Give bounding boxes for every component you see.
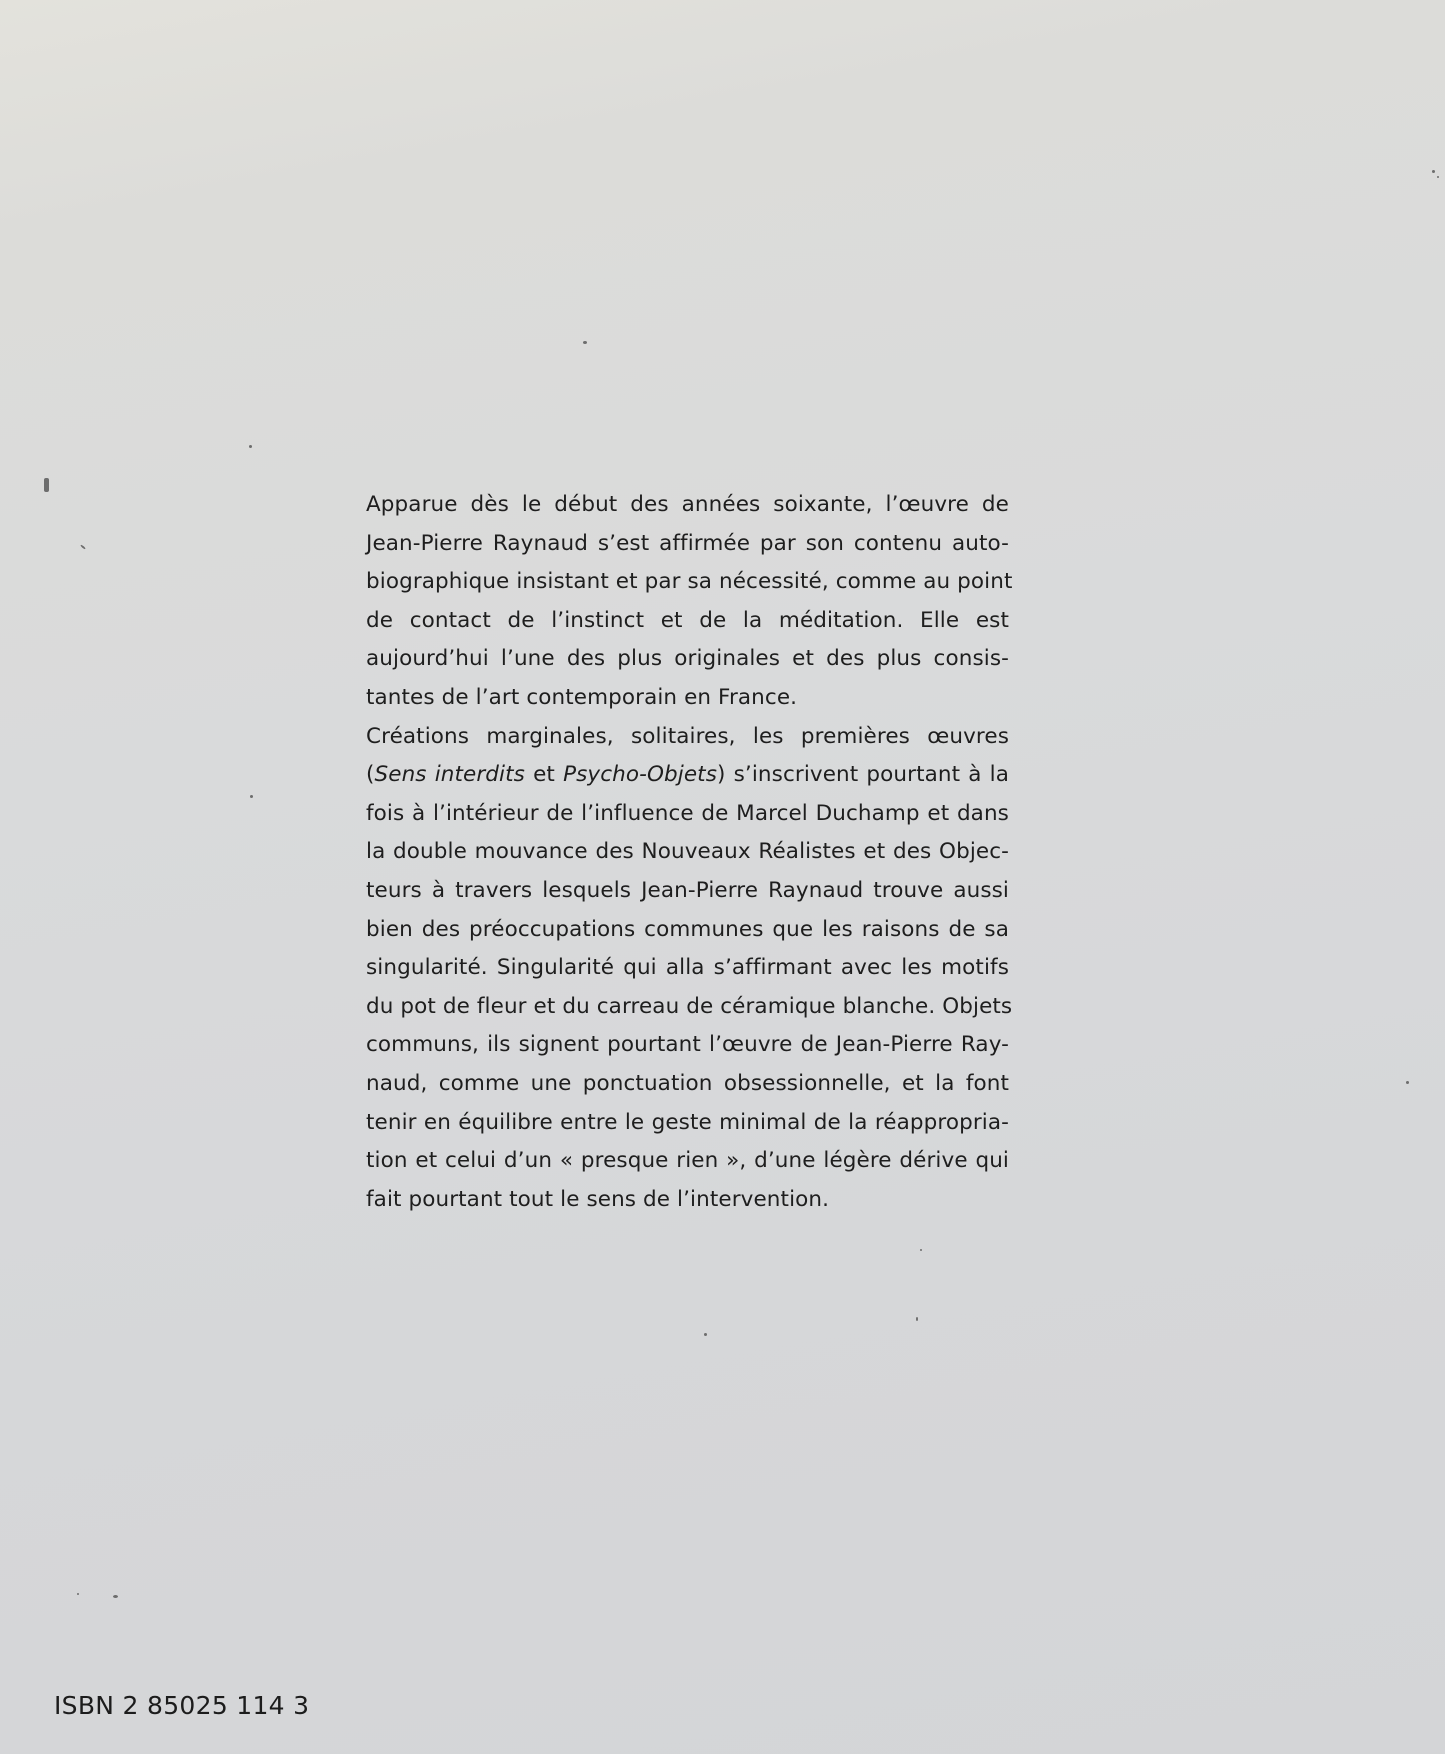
paper-speck: [583, 341, 587, 344]
paper-speck: [77, 1593, 79, 1595]
text-line-with-titles: (Sens interdits et Psycho-Objets) s’insc…: [366, 756, 1009, 795]
paper-speck: [80, 544, 86, 549]
isbn-number: ISBN 2 85025 114 3: [54, 1691, 309, 1720]
blurb-paragraph-2: Créations marginales, solitaires, les pr…: [366, 718, 1009, 1220]
text-line: singularité. Singularité qui alla s’affi…: [366, 949, 1009, 988]
text-line: Jean-Pierre Raynaud s’est affirmée par s…: [366, 525, 1009, 564]
blurb-paragraph-1: Apparue dès le début des années soixante…: [366, 486, 1009, 718]
artwork-title-psycho-objets: Psycho-Objets: [563, 762, 717, 787]
text-line: naud, comme une ponctuation obsessionnel…: [366, 1065, 1009, 1104]
artwork-title-sens-interdits: Sens interdits: [375, 762, 525, 787]
text-line: aujourd’hui l’une des plus originales et…: [366, 640, 1009, 679]
paper-speck: [920, 1249, 922, 1251]
paper-speck: [1437, 176, 1439, 178]
text-line: teurs à travers lesquels Jean-Pierre Ray…: [366, 872, 1009, 911]
paper-speck: [1406, 1081, 1409, 1084]
text-line: fait pourtant tout le sens de l’interven…: [366, 1181, 1009, 1220]
text-line: biographique insistant et par sa nécessi…: [366, 563, 1009, 602]
text-line: Apparue dès le début des années soixante…: [366, 486, 1009, 525]
text-line: communs, ils signent pourtant l’œuvre de…: [366, 1026, 1009, 1065]
text-line: tenir en équilibre entre le geste minima…: [366, 1104, 1009, 1143]
book-back-cover: Apparue dès le début des années soixante…: [0, 0, 1445, 1754]
text-line: Créations marginales, solitaires, les pr…: [366, 718, 1009, 757]
text-line: tantes de l’art contemporain en France.: [366, 679, 1009, 718]
paper-speck: [1432, 170, 1435, 173]
paper-speck: [704, 1333, 707, 1336]
text-line: fois à l’intérieur de l’influence de Mar…: [366, 795, 1009, 834]
text-line: du pot de fleur et du carreau de céramiq…: [366, 988, 1009, 1027]
paper-speck: [113, 1595, 118, 1598]
text-line: tion et celui d’un « presque rien », d’u…: [366, 1142, 1009, 1181]
text-line: bien des préoccupations communes que les…: [366, 911, 1009, 950]
paper-speck: [250, 795, 253, 798]
paper-speck: [44, 478, 49, 492]
text-line: la double mouvance des Nouveaux Réaliste…: [366, 833, 1009, 872]
paper-speck: [249, 445, 252, 448]
paper-speck: [916, 1317, 918, 1321]
back-cover-blurb: Apparue dès le début des années soixante…: [366, 486, 1009, 1219]
text-line: de contact de l’instinct et de la médita…: [366, 602, 1009, 641]
